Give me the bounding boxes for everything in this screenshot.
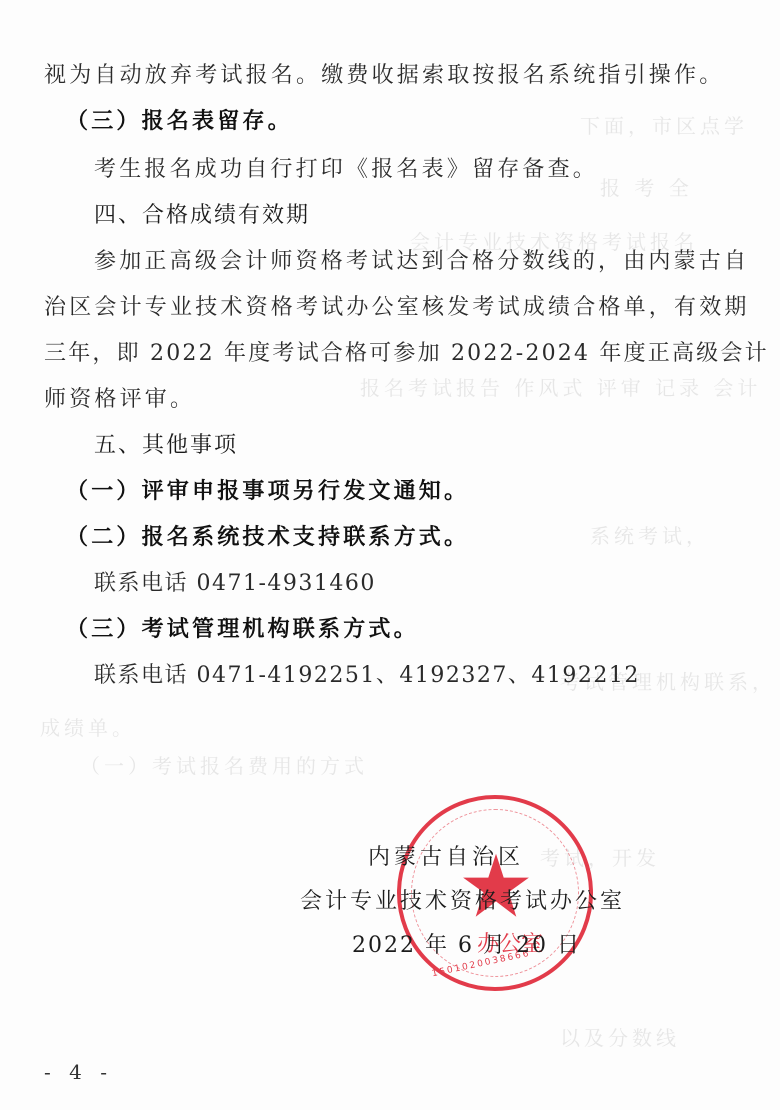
bleed-through-text: 报名考试报告 作风式 评审 记录 会计 bbox=[360, 372, 761, 401]
signature-org-line2: 会计专业技术资格考试办公室 bbox=[300, 884, 625, 915]
subheading-exam-authority: （三）考试管理机构联系方式。 bbox=[66, 612, 419, 643]
paragraph-line: 视为自动放弃考试报名。缴费收据索取按报名系统指引操作。 bbox=[44, 58, 724, 89]
page-number: - 4 - bbox=[44, 1060, 113, 1084]
paragraph-line: 参加正高级会计师资格考试达到合格分数线的，由内蒙古自 bbox=[94, 244, 749, 275]
bleed-through-text: 下面，市区点学 bbox=[580, 110, 748, 139]
heading-score-validity: 四、合格成绩有效期 bbox=[94, 198, 310, 229]
subheading-review-notice: （一）评审申报事项另行发文通知。 bbox=[66, 474, 469, 505]
exam-authority-phones: 联系电话 0471-4192251、4192327、4192212 bbox=[94, 658, 640, 689]
bleed-through-text: 以及分数线 bbox=[560, 1022, 680, 1051]
signature-org-line1: 内蒙古自治区 bbox=[368, 840, 524, 871]
paragraph-line: 考生报名成功自行打印《报名表》留存备查。 bbox=[94, 152, 598, 183]
paragraph-line: 师资格评审。 bbox=[44, 382, 195, 413]
bleed-through-text: 报 考 全 bbox=[600, 172, 693, 201]
bleed-through-text: 成绩单。 bbox=[40, 712, 136, 741]
signature-date: 2022 年 6 月 20 日 bbox=[352, 928, 581, 959]
heading-other-matters: 五、其他事项 bbox=[94, 428, 238, 459]
bleed-through-text: 系统考试， bbox=[590, 520, 710, 549]
tech-support-phone: 联系电话 0471-4931460 bbox=[94, 566, 376, 597]
subheading-tech-support: （二）报名系统技术支持联系方式。 bbox=[66, 520, 469, 551]
bleed-through-text: （一）考试报名费用的方式 bbox=[80, 750, 368, 779]
paragraph-line: 治区会计专业技术资格考试办公室核发考试成绩合格单，有效期 bbox=[44, 290, 750, 321]
subheading-registration-form: （三）报名表留存。 bbox=[66, 104, 293, 135]
paragraph-line: 三年，即 2022 年度考试合格可参加 2022-2024 年度正高级会计 bbox=[44, 336, 769, 367]
